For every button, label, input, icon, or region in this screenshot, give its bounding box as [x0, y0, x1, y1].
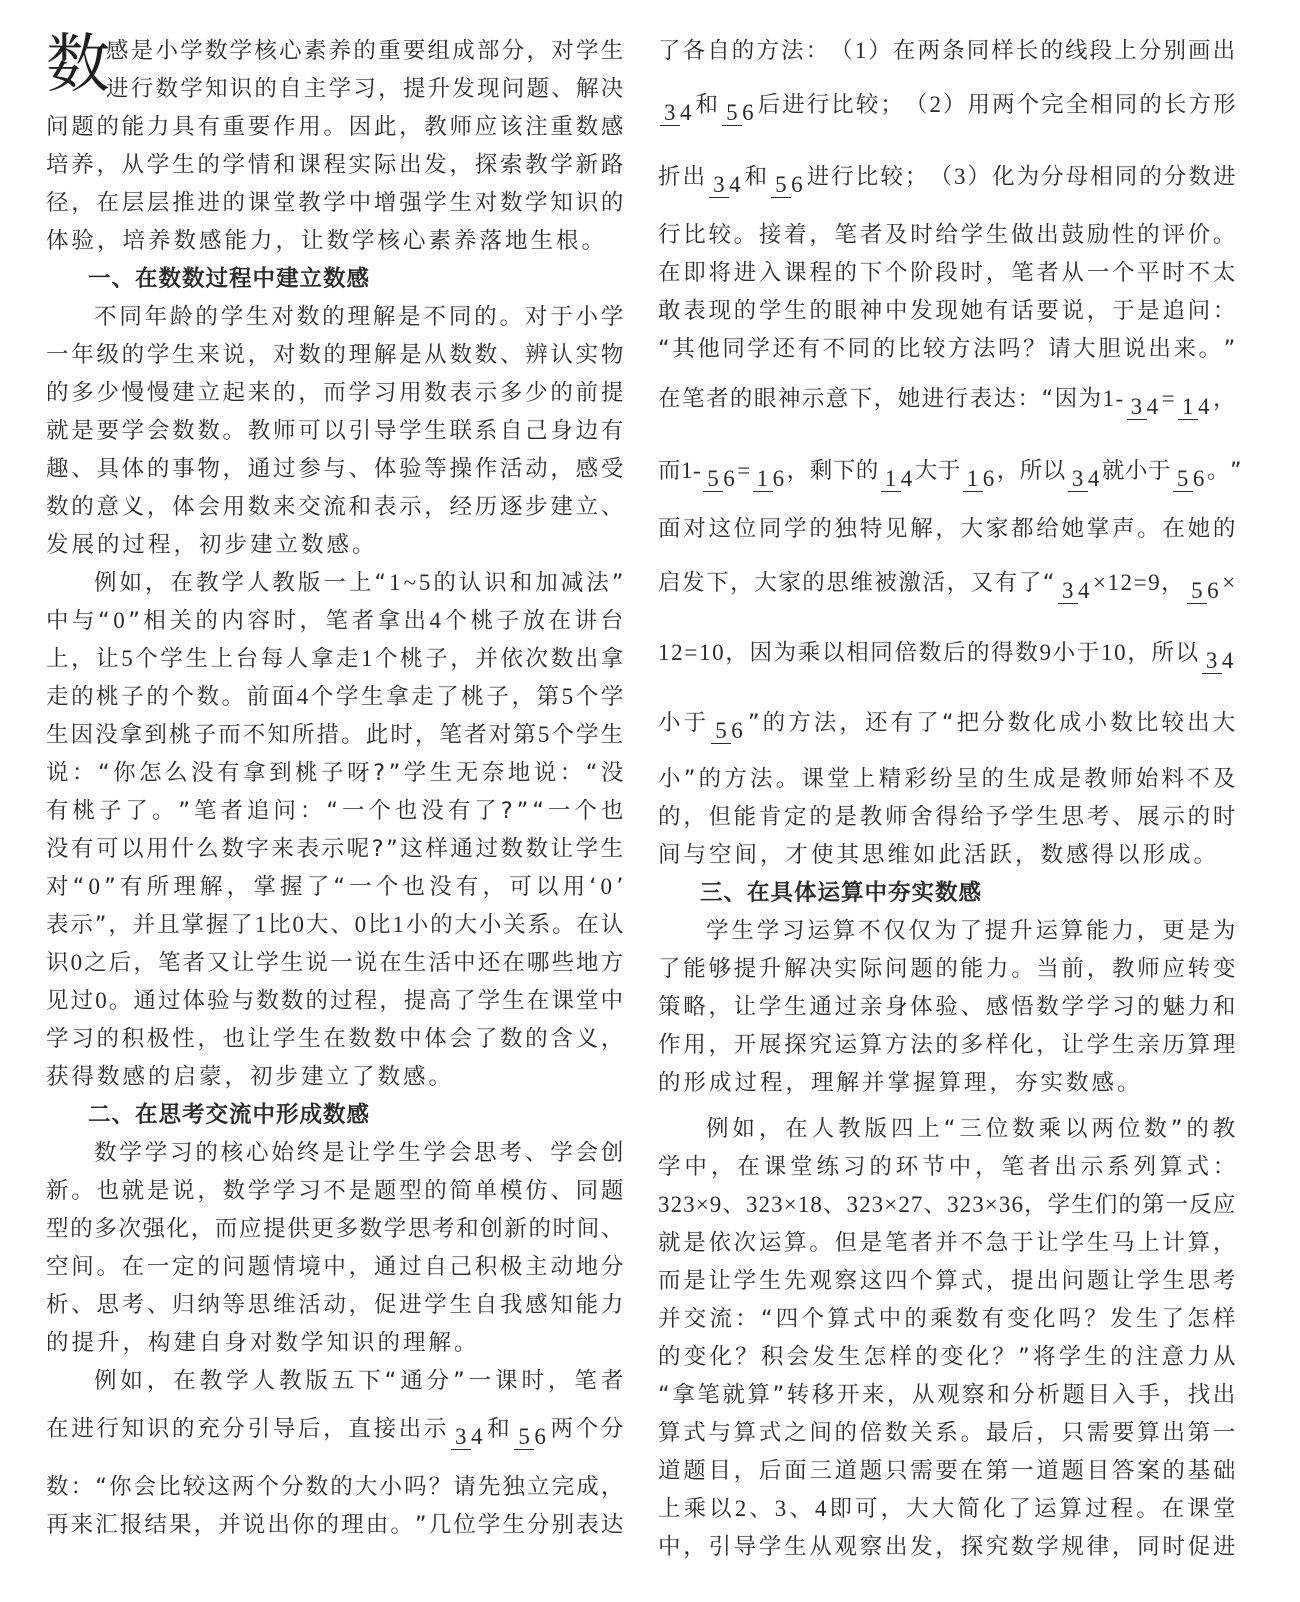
- text-line: 策略，让学生通过亲身体验、感悟数学学习的魅力和: [658, 990, 1236, 1024]
- text-line: 行比较。接着，笔者及时给学生做出鼓励性的评价。: [658, 218, 1236, 252]
- text-line-with-fraction: 启发下，大家的思维被激活，又有了“34×12=9，56×: [658, 566, 1236, 600]
- fraction-numerator: 5: [1187, 578, 1207, 604]
- text-line: 例如，在教学人教版五下“通分”一课时，笔者: [94, 1364, 624, 1398]
- text-line: 作用，开展探究运算方法的多样化，让学生亲历算理: [658, 1028, 1236, 1062]
- fraction-numerator: 1: [881, 466, 901, 492]
- text-line: 趣、具体的事物，通过参与、体验等操作活动，感受: [46, 452, 624, 486]
- fraction-denominator: 4: [680, 100, 692, 125]
- text-line: 有桃子了。”笔者追问：“一个也没有了?”“一个也: [46, 794, 624, 828]
- fraction-numerator: 3: [1202, 648, 1222, 674]
- fraction-numerator: 5: [1173, 466, 1193, 492]
- text-line: 的变化？积会发生怎样的变化？”将学生的注意力从: [658, 1340, 1236, 1374]
- fraction-numerator: 5: [771, 172, 791, 198]
- text-line: 没有可以用什么数字来表示呢?”这样通过数数让学生: [46, 832, 624, 866]
- text-line: 见过0。通过体验与数数的过程，提高了学生在课堂中: [46, 984, 624, 1018]
- fraction: 56: [722, 100, 754, 134]
- fraction-denominator: 6: [723, 466, 735, 491]
- text-line: 对“0”有所理解，掌握了“一个也没有，可以用‘0’: [46, 870, 624, 904]
- fraction: 34: [1058, 578, 1090, 612]
- fraction-denominator: 4: [901, 466, 913, 491]
- fraction: 14: [881, 466, 913, 500]
- text-line: 并交流：“四个算式中的乘数有变化吗？发生了怎样: [658, 1302, 1236, 1336]
- text-line: 问题的能力具有重要作用。因此，教师应该注重数感: [46, 110, 624, 144]
- fraction-denominator: 4: [1198, 394, 1210, 419]
- text-line-with-fraction: 小于56”的方法，还有了“把分数化成小数比较出大: [658, 706, 1236, 740]
- fraction-denominator: 6: [534, 1424, 546, 1449]
- text-line: 敢表现的学生的眼神中发现她有话要说，于是追问：: [658, 294, 1236, 328]
- text-line: 发展的过程，初步建立数感。: [46, 528, 624, 562]
- fraction-numerator: 3: [451, 1424, 471, 1450]
- fraction: 56: [1173, 466, 1205, 500]
- fraction-numerator: 5: [711, 718, 731, 744]
- fraction-numerator: 5: [722, 100, 742, 126]
- text-line: 感是小学数学核心素养的重要组成部分，对学生: [106, 34, 624, 68]
- fraction-denominator: 4: [729, 172, 741, 197]
- fraction-denominator: 6: [773, 466, 785, 491]
- drop-cap: 数: [46, 30, 110, 100]
- text-line-with-fraction: 12=10，因为乘以相同倍数后的得数9小于10，所以34: [658, 636, 1236, 670]
- fraction-denominator: 4: [1147, 394, 1159, 419]
- fraction-numerator: 1: [1178, 394, 1198, 420]
- text-line: 道题目，后面三道题只需要在第一道题目答案的基础: [658, 1454, 1236, 1488]
- fraction: 34: [709, 172, 741, 206]
- text-line: 就是依次运算。但是笔者并不急于让学生马上计算，: [658, 1226, 1236, 1260]
- fraction: 56: [703, 466, 735, 500]
- text-line: 析、思考、归纳等思维活动，促进学生自我感知能力: [46, 1288, 624, 1322]
- text-line: 的形成过程，理解并掌握算理，夯实数感。: [658, 1066, 1236, 1100]
- section-heading: 一、在数数过程中建立数感: [46, 262, 666, 296]
- text-line: 不同年龄的学生对数的理解是不同的。对于小学: [94, 300, 624, 334]
- text-line: 生因没拿到桃子而不知所措。此时，笔者对第5个学生: [46, 718, 624, 752]
- section-heading: 三、在具体运算中夯实数感: [658, 876, 1278, 910]
- fraction: 56: [711, 718, 743, 752]
- fraction-numerator: 1: [753, 466, 773, 492]
- fraction: 14: [1178, 394, 1210, 428]
- fraction: 56: [771, 172, 803, 206]
- text-line: 表示”，并且掌握了1比0大、0比1小的大小关系。在认: [46, 908, 624, 942]
- text-line: 识0之后，笔者又让学生说一说在生活中还在哪些地方: [46, 946, 624, 980]
- fraction: 34: [451, 1424, 483, 1458]
- fraction-numerator: 3: [1068, 466, 1088, 492]
- text-line: 面对这位同学的独特见解，大家都给她掌声。在她的: [658, 512, 1236, 546]
- text-line: 了能够提升解决实际问题的能力。当前，教师应转变: [658, 952, 1236, 986]
- text-line: 数学学习的核心始终是让学生学会思考、学会创: [94, 1136, 624, 1170]
- fraction-numerator: 3: [1127, 394, 1147, 420]
- fraction-denominator: 6: [1193, 466, 1205, 491]
- text-line: 体验，培养数感能力，让数学核心素养落地生根。: [46, 224, 624, 258]
- fraction-denominator: 6: [742, 100, 754, 125]
- text-line: 的，但能肯定的是教师舍得给予学生思考、展示的时: [658, 800, 1236, 834]
- text-line-with-fraction: 在笔者的眼神示意下，她进行表达：“因为1-34=14，: [658, 382, 1236, 416]
- text-line: 的提升，构建自身对数学知识的理解。: [46, 1326, 624, 1360]
- section-heading: 二、在思考交流中形成数感: [46, 1098, 666, 1132]
- fraction: 16: [963, 466, 995, 500]
- fraction-denominator: 6: [983, 466, 995, 491]
- fraction-denominator: 6: [1207, 578, 1219, 603]
- fraction-denominator: 6: [791, 172, 803, 197]
- text-line: 数的意义，体会用数来交流和表示，经历逐步建立、: [46, 490, 624, 524]
- fraction-numerator: 5: [703, 466, 723, 492]
- fraction: 56: [1187, 578, 1219, 612]
- text-line: 就是要学会数数。教师可以引导学生联系自己身边有: [46, 414, 624, 448]
- fraction: 34: [660, 100, 692, 134]
- text-line: 学中，在课堂练习的环节中，笔者出示系列算式：: [658, 1150, 1236, 1184]
- text-line: 小”的方法。课堂上精彩纷呈的生成是教师始料不及: [658, 762, 1236, 796]
- text-line: 323×9、323×18、323×27、323×36，学生们的第一反应: [658, 1188, 1236, 1222]
- fraction-denominator: 4: [1078, 578, 1090, 603]
- text-line-with-fraction: 折出34和56进行比较；（3）化为分母相同的分数进: [658, 160, 1236, 194]
- fraction-numerator: 3: [709, 172, 729, 198]
- text-line: 走的桃子的个数。前面4个学生拿走了桃子，第5个学: [46, 680, 624, 714]
- text-line: 培养，从学生的学情和课程实际出发，探索教学新路: [46, 148, 624, 182]
- text-line: 进行数学知识的自主学习，提升发现问题、解决: [106, 72, 624, 106]
- text-line: 上，让5个学生上台每人拿走1个桃子，并依次数出拿: [46, 642, 624, 676]
- fraction: 34: [1202, 648, 1234, 682]
- text-line: 径，在层层推进的课堂教学中增强学生对数学知识的: [46, 186, 624, 220]
- text-line: 上乘以2、3、4即可，大大简化了运算过程。在课堂: [658, 1492, 1236, 1526]
- fraction-numerator: 5: [514, 1424, 534, 1450]
- fraction: 34: [1068, 466, 1100, 500]
- text-line: 了各自的方法：（1）在两条同样长的线段上分别画出: [658, 34, 1236, 68]
- fraction-denominator: 6: [731, 718, 743, 743]
- text-line: “拿笔就算”转移开来，从观察和分析题目入手，找出: [658, 1378, 1236, 1412]
- text-line: 一年级的学生来说，对数的理解是从数数、辨认实物: [46, 338, 624, 372]
- text-line: 而是让学生先观察这四个算式，提出问题让学生思考: [658, 1264, 1236, 1298]
- text-line: 的多少慢慢建立起来的，而学习用数表示多少的前提: [46, 376, 624, 410]
- text-line: 学习的积极性，也让学生在数数中体会了数的含义，: [46, 1022, 624, 1056]
- text-line-with-fraction: 在进行知识的充分引导后，直接出示34和56两个分: [46, 1412, 624, 1446]
- text-line: 获得数感的启蒙，初步建立了数感。: [46, 1060, 624, 1094]
- text-line-with-fraction: 34和56后进行比较；（2）用两个完全相同的长方形: [658, 88, 1236, 122]
- text-line: “其他同学还有不同的比较方法吗？请大胆说出来。”: [658, 332, 1236, 366]
- text-line: 说：“你怎么没有拿到桃子呀?”学生无奈地说：“没: [46, 756, 624, 790]
- text-line: 学生学习运算不仅仅为了提升运算能力，更是为: [706, 914, 1236, 948]
- fraction-numerator: 1: [963, 466, 983, 492]
- text-line: 间与空间，才使其思维如此活跃，数感得以形成。: [658, 838, 1236, 872]
- fraction: 56: [514, 1424, 546, 1458]
- text-line: 空间。在一定的问题情境中，通过自己积极主动地分: [46, 1250, 624, 1284]
- text-line: 数：“你会比较这两个分数的大小吗？请先独立完成，: [46, 1470, 624, 1504]
- fraction: 34: [1127, 394, 1159, 428]
- text-line: 例如，在教学人教版一上“1~5的认识和加减法”: [94, 566, 624, 600]
- fraction-denominator: 4: [1088, 466, 1100, 491]
- text-line: 例如，在人教版四上“三位数乘以两位数”的教: [706, 1112, 1236, 1146]
- fraction: 16: [753, 466, 785, 500]
- text-line: 中与“0”相关的内容时，笔者拿出4个桃子放在讲台: [46, 604, 624, 638]
- fraction-denominator: 4: [471, 1424, 483, 1449]
- text-line: 新。也就是说，数学学习不是题型的简单模仿、同题: [46, 1174, 624, 1208]
- fraction-denominator: 4: [1222, 648, 1234, 673]
- text-line: 再来汇报结果，并说出你的理由。”几位学生分别表达: [46, 1508, 624, 1542]
- text-line: 型的多次强化，而应提供更多数学思考和创新的时间、: [46, 1212, 624, 1246]
- text-line: 在即将进入课程的下个阶段时，笔者从一个平时不太: [658, 256, 1236, 290]
- text-line-with-fraction: 而1-56=16，剩下的14大于16，所以34就小于56。”: [658, 454, 1236, 488]
- text-line: 中，引导学生从观察出发，探究数学规律，同时促进: [658, 1530, 1236, 1564]
- fraction-numerator: 3: [1058, 578, 1078, 604]
- text-line: 算式与算式之间的倍数关系。最后，只需要算出第一: [658, 1416, 1236, 1450]
- fraction-numerator: 3: [660, 100, 680, 126]
